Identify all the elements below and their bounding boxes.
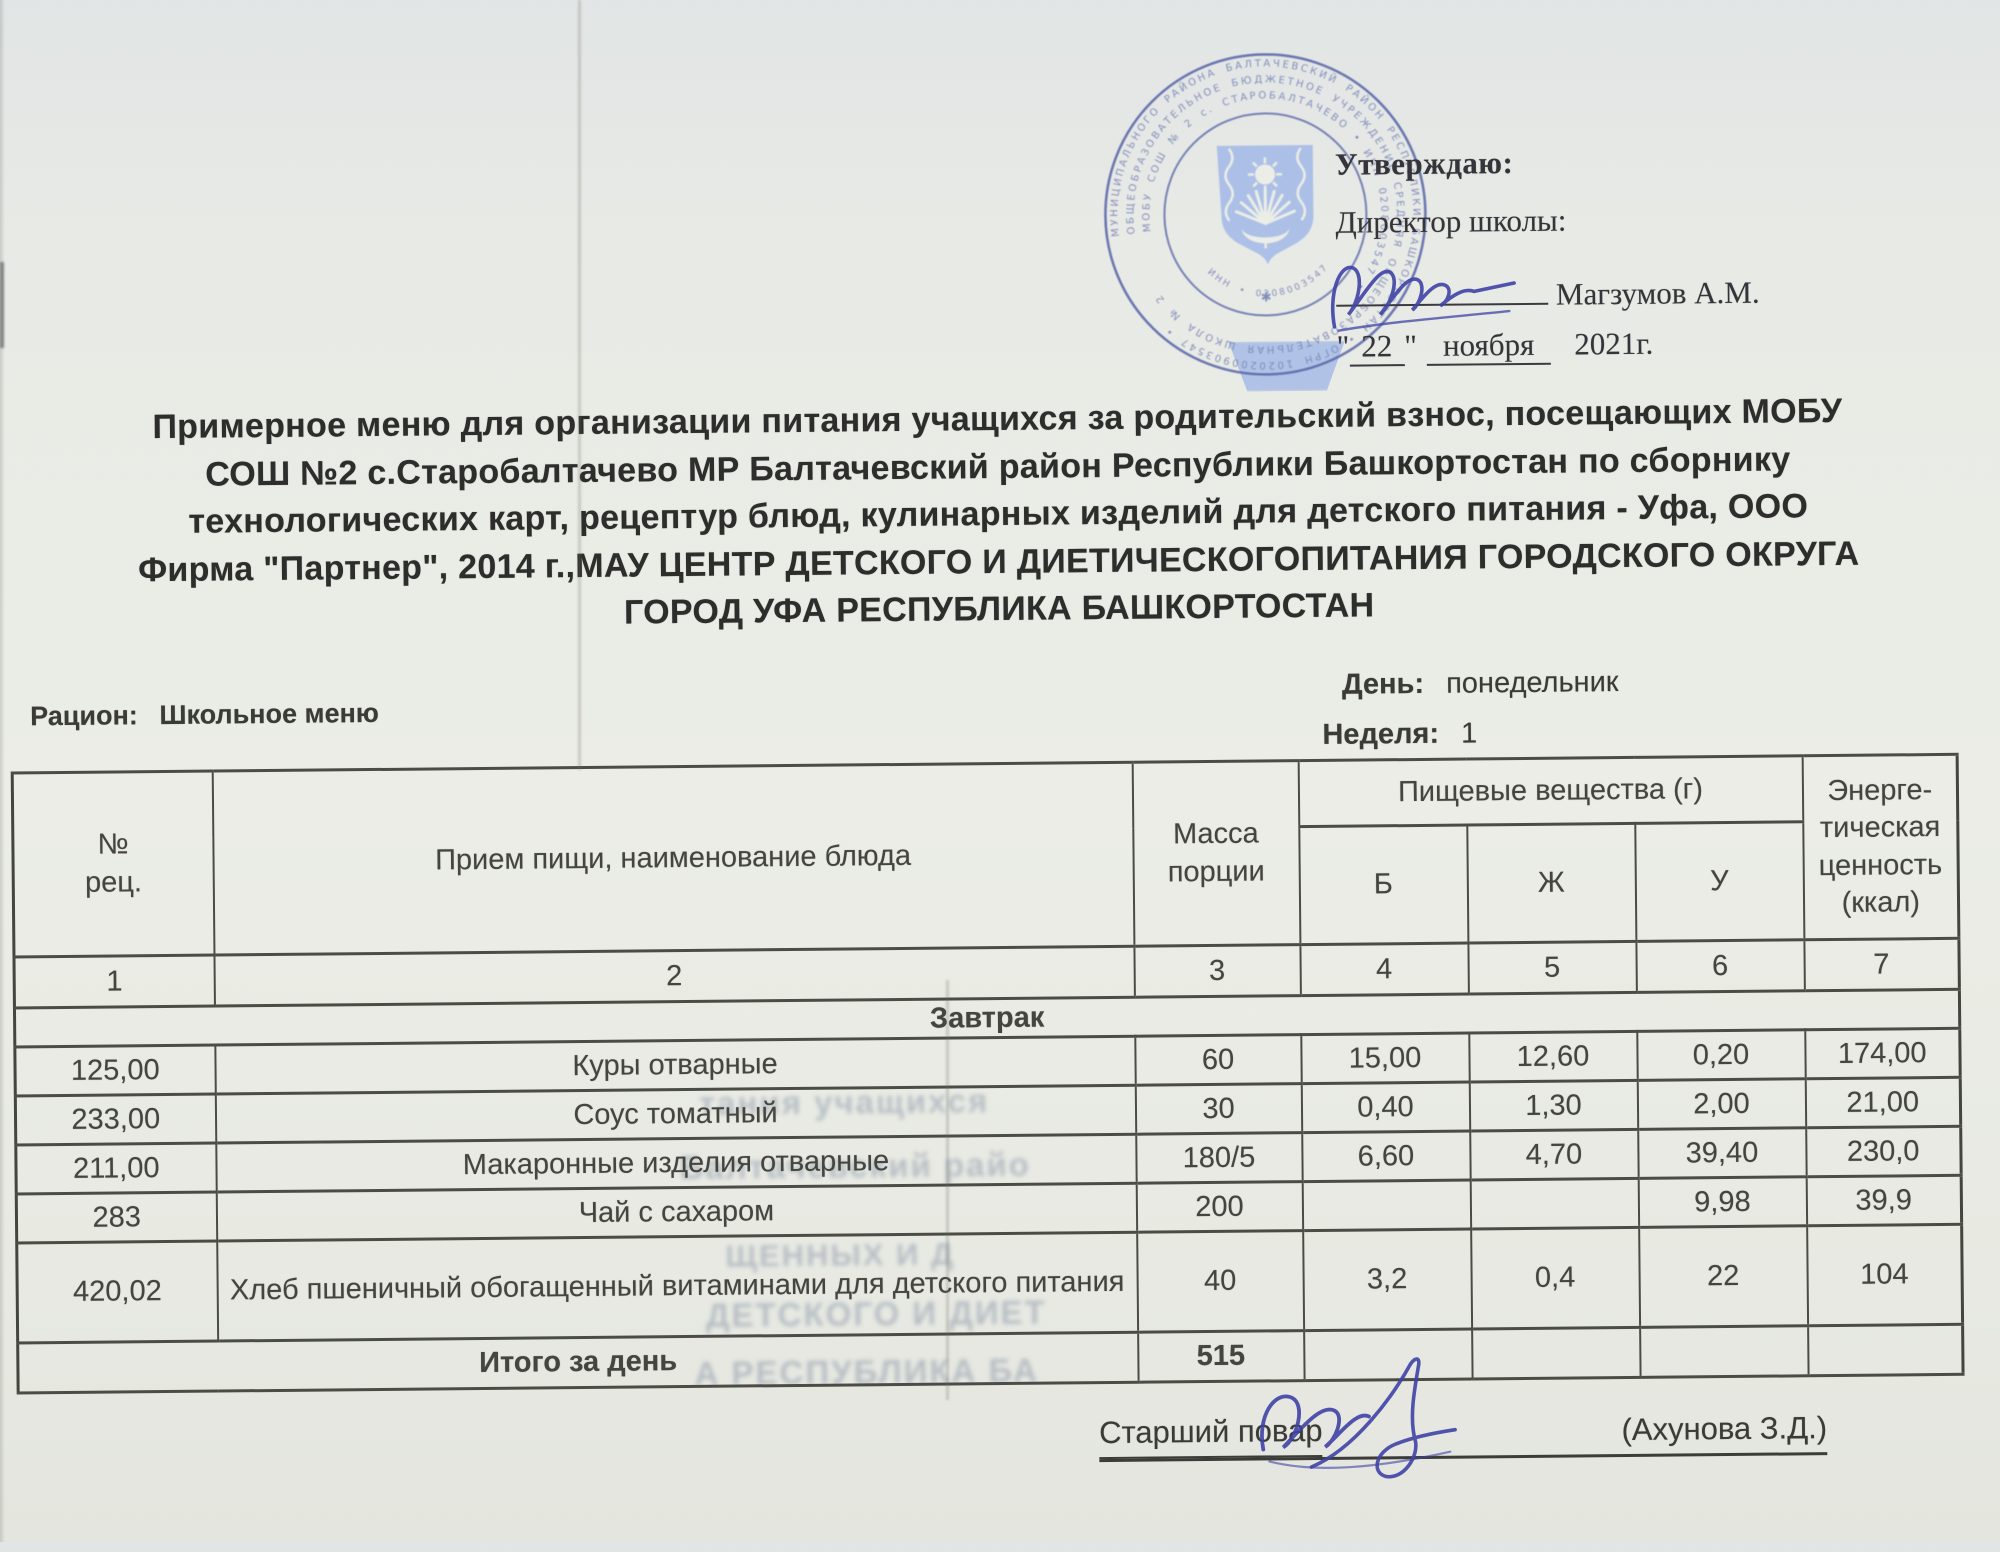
week-line: Неделя: 1 — [1322, 717, 1477, 751]
header-carbs: У — [1635, 822, 1804, 942]
col-number: 2 — [214, 946, 1134, 1006]
approval-year: 2021г. — [1574, 326, 1653, 362]
header-energy-line: тическая — [1804, 809, 1957, 848]
header-energy: Энерге- тическая ценность (ккал) — [1802, 754, 1959, 939]
dish-name: Макаронные изделия отварные — [216, 1134, 1136, 1192]
header-energy-line: Энерге- — [1803, 772, 1956, 811]
carbs-value: 0,20 — [1637, 1030, 1805, 1081]
portion-mass: 200 — [1136, 1182, 1302, 1233]
kcal-value: 39,9 — [1806, 1175, 1961, 1225]
empty-cell — [1472, 1327, 1640, 1379]
protein-value: 15,00 — [1301, 1033, 1469, 1084]
bleedthrough-layer: тания учащихся Балтачевский райо ЩЕННЫХ … — [0, 0, 1993, 10]
header-energy-line: ценность — [1804, 846, 1957, 885]
week-label: Неделя: — [1322, 718, 1439, 751]
document-content: МУНИЦИПАЛЬНОГО РАЙОНА БАЛТАЧЕВСКИЙ РАЙОН… — [0, 0, 2000, 1542]
kcal-value: 104 — [1807, 1224, 1963, 1325]
col-number: 5 — [1468, 941, 1636, 994]
document-title: Примерное меню для организации питания у… — [27, 387, 1969, 643]
header-mass: Масса порции — [1132, 761, 1300, 947]
dish-name: Хлеб пшеничный обогащенный витаминами дл… — [217, 1232, 1138, 1341]
approve-heading: Утверждаю: — [1335, 141, 1895, 182]
empty-cell — [1808, 1324, 1963, 1375]
protein-value: 0,40 — [1301, 1082, 1469, 1133]
portion-mass: 40 — [1137, 1231, 1304, 1333]
col-number: 4 — [1300, 943, 1468, 996]
chef-name: (Ахунова З.Д.) — [1621, 1410, 1827, 1454]
protein-value — [1302, 1180, 1470, 1231]
carbs-value: 39,40 — [1638, 1128, 1806, 1179]
col-number: 6 — [1636, 940, 1804, 993]
ration-line: Рацион: Школьное меню — [30, 698, 379, 732]
recipe-no: 420,02 — [17, 1241, 218, 1343]
day-label: День: — [1342, 668, 1424, 701]
header-dish: Прием пищи, наименование блюда — [212, 762, 1134, 955]
dish-name: Соус томатный — [215, 1085, 1135, 1143]
coat-of-arms-shield — [1217, 145, 1314, 265]
protein-value: 6,60 — [1302, 1131, 1470, 1182]
recipe-no: 233,00 — [15, 1094, 215, 1145]
carbs-value: 22 — [1639, 1226, 1808, 1328]
carbs-value: 2,00 — [1637, 1079, 1805, 1130]
empty-cell — [1640, 1326, 1808, 1378]
kcal-value: 174,00 — [1805, 1028, 1960, 1078]
menu-table: № рец. Прием пищи, наименование блюда Ма… — [11, 753, 1965, 1395]
ration-label: Рацион: — [30, 700, 138, 731]
daily-total-label: Итого за день — [18, 1332, 1138, 1393]
kcal-value: 21,00 — [1805, 1077, 1960, 1127]
paper-crease — [946, 980, 949, 1400]
header-mass-line1: Масса — [1134, 816, 1298, 855]
header-energy-line: (ккал) — [1804, 883, 1957, 922]
col-number: 7 — [1804, 938, 1959, 990]
fat-value: 0,4 — [1471, 1227, 1640, 1329]
ration-value: Школьное меню — [159, 698, 379, 730]
header-protein: Б — [1299, 825, 1468, 945]
fat-value: 1,30 — [1469, 1080, 1637, 1131]
recipe-no: 211,00 — [16, 1143, 216, 1194]
carbs-value: 9,98 — [1638, 1177, 1806, 1228]
header-rec-line1: № — [14, 826, 212, 865]
table-row: 420,02 Хлеб пшеничный обогащенный витами… — [17, 1224, 1963, 1343]
fat-value: 12,60 — [1469, 1031, 1637, 1082]
header-rec-no: № рец. — [12, 771, 214, 957]
kcal-value: 230,0 — [1806, 1126, 1961, 1176]
week-value: 1 — [1461, 717, 1477, 749]
col-number: 3 — [1134, 945, 1300, 998]
stamp-bottom-star: ✱ — [1261, 289, 1272, 304]
day-line: День: понедельник — [1342, 666, 1619, 702]
scan-edge-mark — [0, 262, 4, 348]
recipe-no: 125,00 — [15, 1045, 215, 1096]
header-mass-line2: порции — [1134, 853, 1298, 892]
header-nutrients: Пищевые вещества (г) — [1298, 756, 1803, 827]
portion-mass: 30 — [1135, 1084, 1301, 1135]
day-value: понедельник — [1446, 666, 1619, 700]
director-name: Магзумов А.М. — [1556, 275, 1760, 312]
header-rec-line2: рец. — [15, 863, 213, 902]
protein-value: 3,2 — [1303, 1229, 1472, 1331]
fat-value — [1470, 1178, 1638, 1229]
portion-mass: 60 — [1135, 1035, 1301, 1086]
fat-value: 4,70 — [1470, 1129, 1638, 1180]
header-fat: Ж — [1467, 823, 1636, 943]
col-number: 1 — [14, 955, 214, 1008]
paper-crease — [578, 0, 581, 770]
portion-mass: 180/5 — [1136, 1133, 1302, 1184]
director-handwritten-signature — [1324, 233, 1525, 345]
chef-handwritten-signature — [1244, 1348, 1465, 1500]
dish-name: Чай с сахаром — [216, 1183, 1136, 1241]
scanned-document-sheet: МУНИЦИПАЛЬНОГО РАЙОНА БАЛТАЧЕВСКИЙ РАЙОН… — [0, 0, 2000, 1542]
recipe-no: 283 — [16, 1192, 216, 1243]
dish-name: Куры отварные — [215, 1036, 1135, 1094]
scan-edge-shadow — [0, 0, 5, 1542]
